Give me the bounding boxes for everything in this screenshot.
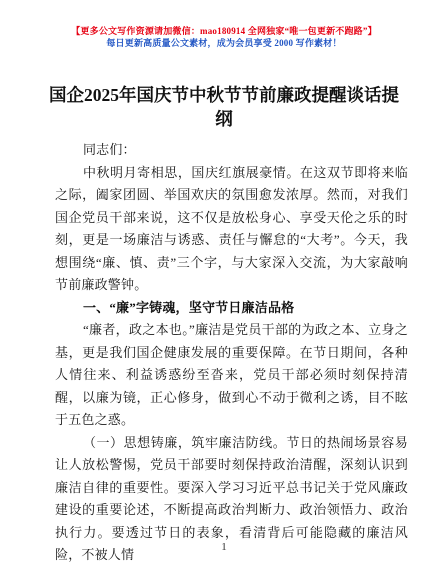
notice-line-1: 【更多公文写作资源请加微信：mao180914 全网独家“唯一包更新不跑路”】 xyxy=(0,25,448,37)
notice-line-2: 每日更新高质量公文素材，成为会员享受 2000 写作素材！ xyxy=(0,37,448,49)
paragraph: 同志们： xyxy=(55,139,408,162)
header-notice: 【更多公文写作资源请加微信：mao180914 全网独家“唯一包更新不跑路”】 … xyxy=(0,25,448,49)
section-heading: 一、“廉”字铸魂，坚守节日廉洁品格 xyxy=(55,297,408,320)
paragraph: 中秋明月寄相思，国庆红旗展豪情。在这双节即将来临之际，阖家团圆、举国欢庆的氛围愈… xyxy=(55,162,408,297)
document-page: 【更多公文写作资源请加微信：mao180914 全网独家“唯一包更新不跑路”】 … xyxy=(0,0,448,580)
paragraph: “廉者，政之本也。”廉洁是党员干部的为政之本、立身之基，更是我们国企健康发展的重… xyxy=(55,319,408,432)
document-title: 国企2025年国庆节中秋节节前廉政提醒谈话提纲 xyxy=(41,83,407,131)
page-number: 1 xyxy=(0,541,448,553)
document-body: 同志们：中秋明月寄相思，国庆红旗展豪情。在这双节即将来临之际，阖家团圆、举国欢庆… xyxy=(0,139,448,567)
